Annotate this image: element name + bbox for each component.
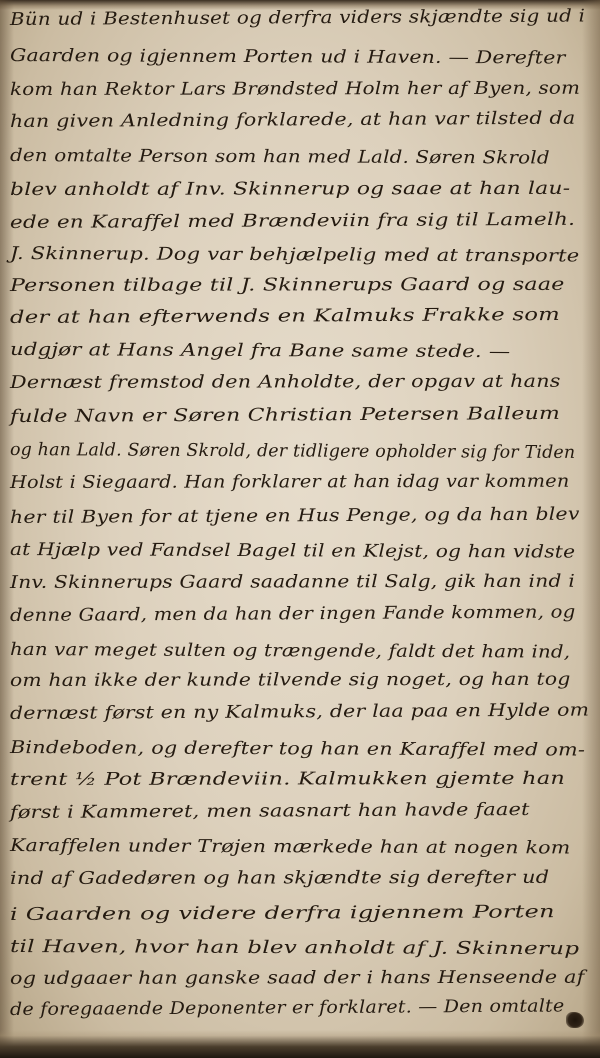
manuscript-line: og han Lald. Søren Skrold, der tidligere…: [10, 440, 575, 463]
manuscript-line: udgjør at Hans Angel fra Bane same stede…: [10, 340, 510, 362]
manuscript-line: ind af Gadedøren og han skjændte sig der…: [10, 868, 549, 889]
manuscript-line: først i Kammeret, men saasnart han havde…: [10, 800, 530, 823]
manuscript-line: Bün ud i Bestenhuset og derfra viders sk…: [10, 6, 585, 30]
manuscript-line: blev anholdt af Inv. Skinnerup og saae a…: [10, 179, 570, 200]
manuscript-line: han given Anledning forklarede, at han v…: [10, 109, 576, 132]
manuscript-line: dernæst først en ny Kalmuks, der laa paa…: [10, 701, 589, 724]
manuscript-line: til Haven, hvor han blev anholdt af J. S…: [10, 937, 579, 959]
manuscript-line: at Hjælp ved Fandsel Bagel til en Klejst…: [10, 540, 575, 563]
manuscript-line: de foregaaende Deponenter er forklaret. …: [10, 996, 565, 1020]
manuscript-line: Bindeboden, og derefter tog han en Karaf…: [10, 738, 585, 761]
manuscript-line: om han ikke der kunde tilvende sig noget…: [10, 670, 571, 691]
manuscript-line: J. Skinnerup. Dog var behjælpelig med at…: [10, 244, 580, 266]
manuscript-line: Holst i Siegaard. Han forklarer at han i…: [10, 472, 570, 493]
manuscript-line: han var meget sulten og trængende, faldt…: [10, 640, 570, 663]
manuscript-line: her til Byen for at tjene en Hus Penge, …: [10, 505, 580, 528]
manuscript-line: og udgaaer han ganske saad der i hans He…: [10, 968, 585, 989]
manuscript-line: den omtalte Person som han med Lald. Sør…: [10, 146, 550, 169]
manuscript-line: Gaarden og igjennem Porten ud i Haven. —…: [10, 46, 566, 68]
manuscript-line: denne Gaard, men da han der ingen Fande …: [10, 602, 576, 626]
page-right-shadow: [582, 0, 600, 1058]
manuscript-line: Personen tilbage til J. Skinnerups Gaard…: [10, 275, 565, 296]
ink-blot-mark: [566, 1012, 584, 1028]
manuscript-line: ede en Karaffel med Brændeviin fra sig t…: [10, 210, 575, 233]
manuscript-line: Karaffelen under Trøjen mærkede han at n…: [10, 836, 571, 859]
manuscript-page: Bün ud i Bestenhuset og derfra viders sk…: [0, 0, 600, 1058]
manuscript-line: Dernæst fremstod den Anholdte, der opgav…: [10, 372, 561, 393]
manuscript-line: Inv. Skinnerups Gaard saadanne til Salg,…: [10, 572, 575, 593]
manuscript-line: i Gaarden og videre derfra igjennem Port…: [10, 902, 555, 925]
manuscript-line: der at han efterwends en Kalmuks Frakke …: [10, 305, 560, 328]
manuscript-line: trent ½ Pot Brændeviin. Kalmukken gjemte…: [10, 769, 565, 790]
manuscript-line: kom han Rektor Lars Brøndsted Holm her a…: [10, 79, 580, 100]
manuscript-line: fulde Navn er Søren Christian Petersen B…: [10, 404, 560, 427]
